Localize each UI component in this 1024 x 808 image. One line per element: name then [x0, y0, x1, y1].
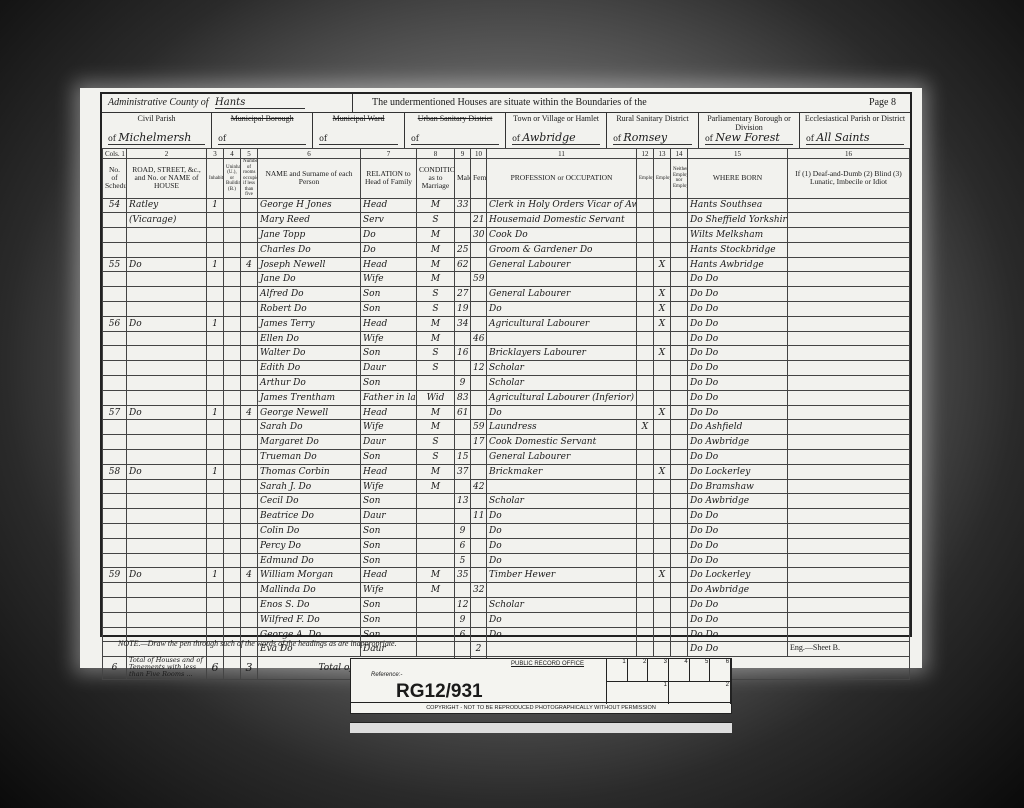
cell-rel: Head: [361, 316, 417, 331]
table-row: 56Do1James TerryHeadM34Agricultural Labo…: [103, 316, 910, 331]
cell-rel: Son: [361, 524, 417, 539]
cell-uninh: [224, 331, 241, 346]
cell-occ: Do: [487, 405, 637, 420]
cell-male: [455, 435, 471, 450]
cell-empd: [654, 509, 671, 524]
cell-rel: Son: [361, 287, 417, 302]
cell-male: 9: [455, 524, 471, 539]
cell-name: Jane Topp: [258, 228, 361, 243]
cell-male: 33: [455, 198, 471, 213]
cell-name: Jane Do: [258, 272, 361, 287]
table-row: Alfred DoSonS27General LabourerXDo Do: [103, 287, 910, 302]
cell-female: [471, 494, 487, 509]
column-heading: If (1) Deaf-and-Dumb (2) Blind (3) Lunat…: [788, 159, 910, 199]
table-row: Sarah J. DoWifeM42Do Bramshaw: [103, 479, 910, 494]
office-name: PUBLIC RECORD OFFICE: [511, 661, 584, 667]
cell-rooms: 4: [241, 257, 258, 272]
cell-female: [471, 612, 487, 627]
cell-house: [127, 242, 207, 257]
cell-occ: Agricultural Labourer (Inferior): [487, 390, 637, 405]
cell-uninh: [224, 272, 241, 287]
district-label: Rural Sanitary District: [611, 114, 694, 123]
cell-emp: [637, 642, 654, 657]
cell-neither: [671, 509, 688, 524]
cell-female: [471, 538, 487, 553]
column-number: 5: [241, 149, 258, 159]
cell-rel: Head: [361, 568, 417, 583]
column-heading: Inhabited: [207, 159, 224, 199]
table-row: Charles DoDoM25Groom & Gardener DoHants …: [103, 242, 910, 257]
cell-female: 21: [471, 213, 487, 228]
district-value: New Forest: [705, 131, 793, 145]
cell-empd: [654, 390, 671, 405]
cell-empd: [654, 450, 671, 465]
cell-uninh: [224, 479, 241, 494]
cell-emp: [637, 464, 654, 479]
cell-female: [471, 464, 487, 479]
table-row: 59Do14William MorganHeadM35Timber HewerX…: [103, 568, 910, 583]
cell-neither: [671, 494, 688, 509]
cell-born: Do Lockerley: [688, 464, 788, 479]
district-value: Awbridge: [512, 131, 600, 145]
cell-name: Cecil Do: [258, 494, 361, 509]
cell-inh: [207, 612, 224, 627]
cell-emp: [637, 361, 654, 376]
cell-neither: [671, 450, 688, 465]
cell-female: [471, 405, 487, 420]
cell-female: 42: [471, 479, 487, 494]
cell-female: [471, 316, 487, 331]
cell-rooms: [241, 509, 258, 524]
cell-born: Do Do: [688, 376, 788, 391]
cell-rel: Daur: [361, 361, 417, 376]
table-row: Enos S. DoSon12ScholarDo Do: [103, 598, 910, 613]
cell-name: Trueman Do: [258, 450, 361, 465]
cell-neither: [671, 553, 688, 568]
cell-inf: [788, 390, 910, 405]
cell-male: 61: [455, 405, 471, 420]
cell-male: [455, 331, 471, 346]
cell-male: 37: [455, 464, 471, 479]
cell-rooms: [241, 316, 258, 331]
cell-rel: Son: [361, 376, 417, 391]
district-label: Civil Parish: [106, 114, 207, 123]
cell-sched: [103, 450, 127, 465]
cell-neither: [671, 538, 688, 553]
cell-inf: [788, 198, 910, 213]
cell-uninh: [224, 287, 241, 302]
cell-female: [471, 346, 487, 361]
cell-sched: [103, 346, 127, 361]
cell-occ: Timber Hewer: [487, 568, 637, 583]
cell-sched: [103, 361, 127, 376]
cell-empd: [654, 272, 671, 287]
cell-emp: [637, 553, 654, 568]
cell-rel: Daur: [361, 435, 417, 450]
cell-rooms: [241, 242, 258, 257]
cell-sched: [103, 302, 127, 317]
cell-sched: [103, 390, 127, 405]
cell-cond: S: [417, 435, 455, 450]
district-field: Town or Village or HamletAwbridge: [506, 112, 607, 148]
cell-sched: [103, 598, 127, 613]
cell-emp: [637, 228, 654, 243]
cell-occ: Do: [487, 553, 637, 568]
table-row: 55Do14Joseph NewellHeadM62General Labour…: [103, 257, 910, 272]
cell-emp: [637, 287, 654, 302]
cell-name: Joseph Newell: [258, 257, 361, 272]
cell-born: Do Do: [688, 287, 788, 302]
cell-empd: [654, 494, 671, 509]
cell-emp: [637, 450, 654, 465]
column-heading: PROFESSION or OCCUPATION: [487, 159, 637, 199]
cell-emp: [637, 538, 654, 553]
district-field: Municipal Borough: [212, 112, 313, 148]
second-stamp-edge: [350, 722, 732, 733]
cell-uninh: [224, 464, 241, 479]
cell-female: [471, 568, 487, 583]
column-heading: RELATION to Head of Family: [361, 159, 417, 199]
cell-rooms: [241, 228, 258, 243]
cell-occ: Groom & Gardener Do: [487, 242, 637, 257]
cell-male: 83: [455, 390, 471, 405]
cell-cond: M: [417, 272, 455, 287]
table-row: 57Do14George NewellHeadM61DoXDo Do: [103, 405, 910, 420]
cell-empd: [654, 376, 671, 391]
table-row: Cecil DoSon13ScholarDo Awbridge: [103, 494, 910, 509]
cell-rel: Wife: [361, 583, 417, 598]
cell-inh: [207, 213, 224, 228]
cell-inh: 1: [207, 464, 224, 479]
cell-female: [471, 553, 487, 568]
district-label: Ecclesiastical Parish or District: [804, 114, 906, 123]
cell-female: [471, 302, 487, 317]
cell-inf: [788, 228, 910, 243]
cell-occ: Do: [487, 302, 637, 317]
table-row: Robert DoSonS19DoXDo Do: [103, 302, 910, 317]
cell-emp: [637, 583, 654, 598]
cell-empd: [654, 242, 671, 257]
cell-empd: [654, 538, 671, 553]
cell-sched: [103, 242, 127, 257]
cell-occ: Housemaid Domestic Servant: [487, 213, 637, 228]
column-heading: ROAD, STREET, &c., and No. or NAME of HO…: [127, 159, 207, 199]
cell-inf: [788, 583, 910, 598]
page-number: Page 8: [869, 97, 896, 108]
cell-cond: [417, 509, 455, 524]
cell-rel: Son: [361, 612, 417, 627]
cell-rooms: [241, 435, 258, 450]
cell-sched: [103, 376, 127, 391]
footnote: NOTE.—Draw the pen through such of the w…: [118, 639, 397, 648]
cell-rooms: [241, 494, 258, 509]
cell-neither: [671, 272, 688, 287]
cell-rooms: [241, 583, 258, 598]
cell-rooms: [241, 612, 258, 627]
cell-neither: [671, 198, 688, 213]
cell-born: Do Do: [688, 405, 788, 420]
cell-occ: Do: [487, 627, 637, 642]
cell-house: [127, 302, 207, 317]
cell-emp: [637, 405, 654, 420]
cell-inf: [788, 494, 910, 509]
district-label: Town or Village or Hamlet: [510, 114, 602, 123]
cell-uninh: [224, 553, 241, 568]
cell-rel: Wife: [361, 272, 417, 287]
column-heading: CONDITION as to Marriage: [417, 159, 455, 199]
cell-cond: M: [417, 257, 455, 272]
cell-female: [471, 524, 487, 539]
cell-name: James Terry: [258, 316, 361, 331]
cell-house: Ratley: [127, 198, 207, 213]
cell-empd: [654, 627, 671, 642]
cell-uninh: [224, 242, 241, 257]
cell-emp: [637, 524, 654, 539]
cell-neither: [671, 302, 688, 317]
cell-name: Sarah Do: [258, 420, 361, 435]
table-row: Jane DoWifeM59Do Do: [103, 272, 910, 287]
cell-house: [127, 331, 207, 346]
totals-houses-label: Total of Houses and of Tenements with le…: [127, 657, 207, 679]
cell-born: Do Do: [688, 538, 788, 553]
cell-uninh: [224, 346, 241, 361]
cell-cond: [417, 494, 455, 509]
district-field: Rural Sanitary DistrictRomsey: [607, 112, 699, 148]
cell-uninh: [224, 420, 241, 435]
cell-sched: [103, 479, 127, 494]
cell-cond: M: [417, 420, 455, 435]
cell-occ: General Labourer: [487, 287, 637, 302]
column-heading: NAME and Surname of each Person: [258, 159, 361, 199]
cell-inh: [207, 242, 224, 257]
cell-inf: [788, 331, 910, 346]
cell-house: Do: [127, 257, 207, 272]
cell-emp: [637, 479, 654, 494]
cell-sched: [103, 538, 127, 553]
cell-name: George H Jones: [258, 198, 361, 213]
cell-emp: [637, 346, 654, 361]
cell-uninh: [224, 228, 241, 243]
cell-rel: Head: [361, 198, 417, 213]
cell-house: [127, 494, 207, 509]
cell-born: Do Do: [688, 316, 788, 331]
cell-occ: Cook Domestic Servant: [487, 435, 637, 450]
cell-rooms: 4: [241, 568, 258, 583]
cell-empd: [654, 213, 671, 228]
cell-neither: [671, 316, 688, 331]
cm-mark: 1: [607, 659, 628, 681]
inch-scale: 12: [607, 682, 731, 704]
cell-house: [127, 272, 207, 287]
cell-female: 30: [471, 228, 487, 243]
cell-name: Wilfred F. Do: [258, 612, 361, 627]
cell-male: 62: [455, 257, 471, 272]
copyright-notice: COPYRIGHT - NOT TO BE REPRODUCED PHOTOGR…: [351, 702, 731, 713]
cell-neither: [671, 213, 688, 228]
cell-occ: Scholar: [487, 598, 637, 613]
cell-empd: [654, 420, 671, 435]
cell-name: Arthur Do: [258, 376, 361, 391]
cell-sched: [103, 331, 127, 346]
form-header: Administrative County of Hants The under…: [102, 94, 910, 113]
table-row: Beatrice DoDaur11DoDo Do: [103, 509, 910, 524]
table-row: Margaret DoDaurS17Cook Domestic ServantD…: [103, 435, 910, 450]
district-value: [218, 131, 306, 145]
cell-sched: [103, 524, 127, 539]
cell-rooms: [241, 538, 258, 553]
census-page: Administrative County of Hants The under…: [80, 88, 922, 668]
cell-uninh: [224, 405, 241, 420]
column-number: 8: [417, 149, 455, 159]
cell-cond: S: [417, 302, 455, 317]
cell-inf: [788, 213, 910, 228]
cell-sched: 59: [103, 568, 127, 583]
cell-house: [127, 583, 207, 598]
cell-occ: Scholar: [487, 494, 637, 509]
cell-inh: [207, 272, 224, 287]
cell-sched: [103, 435, 127, 450]
cell-uninh: [224, 198, 241, 213]
cell-house: [127, 346, 207, 361]
cell-rel: Son: [361, 494, 417, 509]
cell-uninh: [224, 435, 241, 450]
cell-cond: S: [417, 361, 455, 376]
column-number: 3: [207, 149, 224, 159]
cell-female: 59: [471, 272, 487, 287]
cell-rel: Son: [361, 346, 417, 361]
table-row: Arthur DoSon9ScholarDo Do: [103, 376, 910, 391]
cell-rooms: [241, 331, 258, 346]
cell-name: Thomas Corbin: [258, 464, 361, 479]
cell-empd: [654, 583, 671, 598]
cell-uninh: [224, 598, 241, 613]
cell-uninh: [224, 302, 241, 317]
cell-female: [471, 450, 487, 465]
cell-occ: Do: [487, 524, 637, 539]
column-number: 15: [688, 149, 788, 159]
cell-neither: [671, 642, 688, 657]
cell-inh: 1: [207, 257, 224, 272]
cell-born: Do Do: [688, 553, 788, 568]
cell-neither: [671, 361, 688, 376]
cell-female: 2: [471, 642, 487, 657]
cell-emp: [637, 316, 654, 331]
cell-sched: [103, 612, 127, 627]
cell-cond: S: [417, 287, 455, 302]
cell-rooms: [241, 376, 258, 391]
cell-rel: Son: [361, 302, 417, 317]
table-row: 58Do1Thomas CorbinHeadM37BrickmakerXDo L…: [103, 464, 910, 479]
cell-rooms: [241, 287, 258, 302]
cell-rooms: [241, 524, 258, 539]
cell-neither: [671, 479, 688, 494]
cell-inh: [207, 583, 224, 598]
cell-neither: [671, 627, 688, 642]
cell-male: [455, 479, 471, 494]
cell-male: 25: [455, 242, 471, 257]
column-number: 4: [224, 149, 241, 159]
cell-name: Edith Do: [258, 361, 361, 376]
cell-rooms: 4: [241, 405, 258, 420]
cell-sched: 55: [103, 257, 127, 272]
cell-rooms: [241, 464, 258, 479]
cell-female: [471, 627, 487, 642]
cell-inh: [207, 538, 224, 553]
cell-born: Do Lockerley: [688, 568, 788, 583]
cell-inf: [788, 257, 910, 272]
cell-emp: [637, 272, 654, 287]
cell-inh: 1: [207, 316, 224, 331]
district-label: Municipal Ward: [317, 114, 400, 123]
cell-cond: S: [417, 213, 455, 228]
cell-rooms: [241, 361, 258, 376]
cell-sched: 54: [103, 198, 127, 213]
cm-mark: 6: [710, 659, 731, 681]
cell-male: 9: [455, 376, 471, 391]
cell-cond: [417, 553, 455, 568]
cell-house: Do: [127, 568, 207, 583]
column-number: 6: [258, 149, 361, 159]
cell-rel: Wife: [361, 420, 417, 435]
column-number: 7: [361, 149, 417, 159]
census-form: Administrative County of Hants The under…: [100, 92, 912, 637]
cell-male: 19: [455, 302, 471, 317]
cell-uninh: [224, 524, 241, 539]
cell-born: Do Do: [688, 642, 788, 657]
cell-female: 32: [471, 583, 487, 598]
cell-empd: X: [654, 302, 671, 317]
cell-rooms: [241, 420, 258, 435]
cell-born: Do Bramshaw: [688, 479, 788, 494]
cell-neither: [671, 464, 688, 479]
cell-rel: Serv: [361, 213, 417, 228]
cell-cond: M: [417, 331, 455, 346]
cell-born: Do Do: [688, 627, 788, 642]
table-row: Jane ToppDoM30Cook DoWilts Melksham: [103, 228, 910, 243]
cell-name: James Trentham: [258, 390, 361, 405]
cell-neither: [671, 390, 688, 405]
cell-empd: X: [654, 316, 671, 331]
column-number: 12: [637, 149, 654, 159]
cell-sched: [103, 509, 127, 524]
cell-born: Do Do: [688, 509, 788, 524]
cell-cond: Wid: [417, 390, 455, 405]
cell-sched: [103, 420, 127, 435]
cell-cond: M: [417, 198, 455, 213]
column-heading: Uninhabited (U.), or Building (B.): [224, 159, 241, 199]
cell-male: 6: [455, 538, 471, 553]
cell-female: [471, 257, 487, 272]
cell-rel: Father in law: [361, 390, 417, 405]
cell-house: [127, 228, 207, 243]
cell-rooms: [241, 479, 258, 494]
cell-rooms: [241, 198, 258, 213]
reference-number: RG12/931: [396, 681, 483, 703]
cell-empd: X: [654, 257, 671, 272]
cell-inf: [788, 316, 910, 331]
table-row: James TrenthamFather in lawWid83Agricult…: [103, 390, 910, 405]
cell-born: Do Ashfield: [688, 420, 788, 435]
district-value: Michelmersh: [108, 131, 205, 145]
cell-inf: [788, 435, 910, 450]
cell-house: [127, 361, 207, 376]
cell-inh: [207, 346, 224, 361]
cell-cond: [417, 538, 455, 553]
totals-inhabited: 6: [207, 657, 224, 679]
cell-neither: [671, 242, 688, 257]
cell-sched: [103, 213, 127, 228]
cell-inf: [788, 450, 910, 465]
